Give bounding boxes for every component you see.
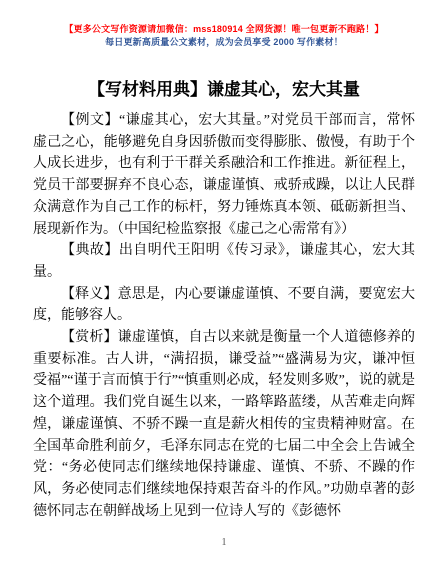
promo-line-blue: 每日更新高质量公文素材，成为会员享受 2000 写作素材！: [0, 36, 448, 49]
paragraph-shangxi: 【赏析】谦虚谨慎，自古以来就是衡量一个人道德修养的重要标准。古人讲，“满招损，谦…: [33, 327, 415, 522]
paragraph-liwen: 【例文】“谦虚其心，宏大其量。”对党员干部而言，常怀虚己之心，能够避免自身因骄傲…: [33, 110, 415, 240]
paragraph-diangu: 【典故】出自明代王阳明《传习录》，谦虚其心，宏大其量。: [33, 240, 415, 283]
document-title: 【写材料用典】谦虚其心，宏大其量: [30, 80, 418, 100]
paragraph-shiyi: 【释义】意思是，内心要谦虚谨慎、不要自满，要宽宏大度，能够容人。: [33, 284, 415, 327]
document-body: 【例文】“谦虚其心，宏大其量。”对党员干部而言，常怀虚己之心，能够避免自身因骄傲…: [33, 110, 415, 522]
promo-line-red: 【更多公文写作资源请加微信：mss180914 全网货源！唯一包更新不跑路！】: [0, 0, 448, 36]
page-number: 1: [0, 537, 448, 548]
document-page: 【更多公文写作资源请加微信：mss180914 全网货源！唯一包更新不跑路！】 …: [0, 0, 448, 580]
